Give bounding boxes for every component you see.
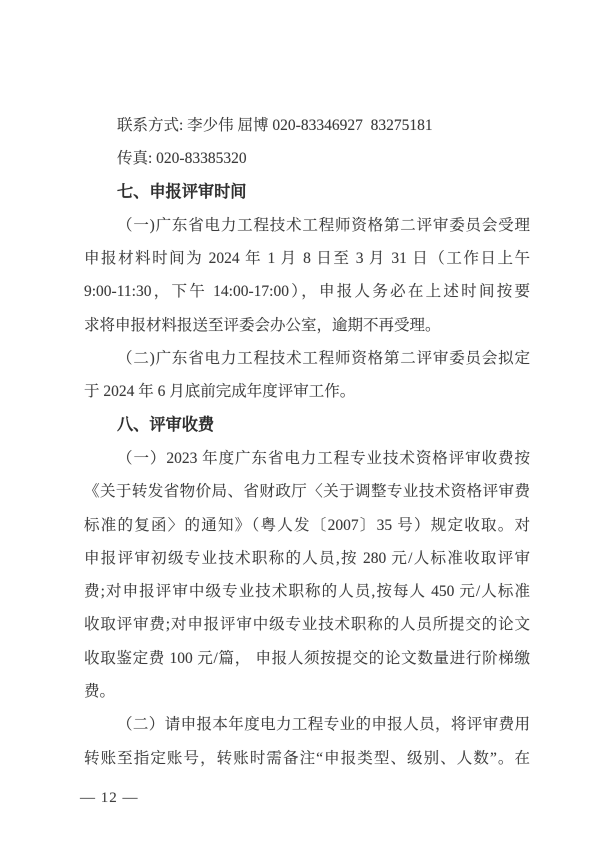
text-line: 申报材料时间为 2024 年 1 月 8 日至 3 月 31 日（工作日上午 [84,242,530,275]
text-line: （一)广东省电力工程技术工程师资格第二评审委员会受理 [84,209,530,242]
section-heading: 八、评审收费 [84,409,530,442]
text-line: 转账至指定账号，转账时需备注“申报类型、级别、人数”。在 [84,742,530,775]
text-line: 联系方式: 李少伟 屈博 020-83346927 83275181 [84,109,530,142]
text-line: 《关于转发省物价局、省财政厅〈关于调整专业技术资格评审费 [84,475,530,508]
text-line: 收取鉴定费 100 元/篇， 申报人须按提交的论文数量进行阶梯缴 [84,642,530,675]
document-page: 联系方式: 李少伟 屈博 020-83346927 83275181传真: 02… [0,0,600,848]
text-line: 费。 [84,675,530,708]
text-line: （二)广东省电力工程技术工程师资格第二评审委员会拟定 [84,342,530,375]
document-body: 联系方式: 李少伟 屈博 020-83346927 83275181传真: 02… [84,109,530,775]
text-line: 求将申报材料报送至评委会办公室，逾期不再受理。 [84,309,530,342]
text-line: 传真: 020-83385320 [84,142,530,175]
text-line: 费;对申报评审中级专业技术职称的人员,按每人 450 元/人标准 [84,575,530,608]
text-line: 于 2024 年 6 月底前完成年度评审工作。 [84,375,530,408]
section-heading: 七、申报评审时间 [84,176,530,209]
text-line: 收取评审费;对申报评审中级专业技术职称的人员所提交的论文 [84,608,530,641]
text-line: （一）2023 年度广东省电力工程专业技术资格评审收费按 [84,442,530,475]
text-line: （二）请申报本年度电力工程专业的申报人员，将评审费用 [84,708,530,741]
text-line: 标准的复函〉的通知》（粤人发〔2007〕35 号）规定收取。对 [84,509,530,542]
text-line: 9:00-11:30，下午 14:00-17:00），申报人务必在上述时间按要 [84,275,530,308]
text-line: 申报评审初级专业技术职称的人员,按 280 元/人标准收取评审 [84,542,530,575]
page-number: — 12 — [80,788,139,808]
